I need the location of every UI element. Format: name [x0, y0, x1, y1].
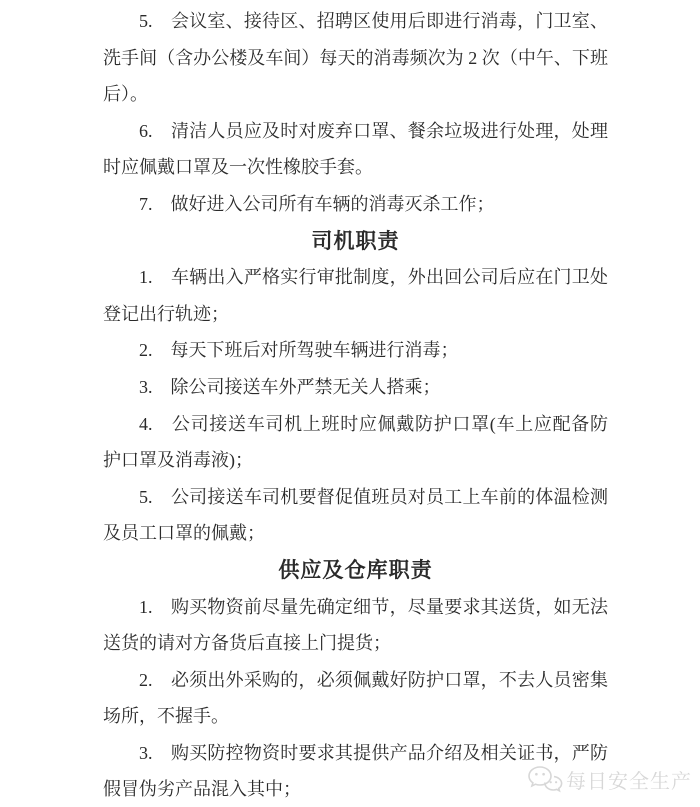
watermark: 每日安全生产 — [527, 764, 692, 794]
paragraph-item-1: 1. 车辆出入严格实行审批制度，外出回公司后应在门卫处登记出行轨迹； — [103, 259, 608, 332]
watermark-label: 每日安全生产 — [566, 765, 692, 794]
paragraph-item-2: 2. 必须出外采购的，必须佩戴好防护口罩，不去人员密集场所，不握手。 — [103, 662, 608, 735]
section-disinfection-duties: 5. 会议室、接待区、招聘区使用后即进行消毒，门卫室、洗手间（含办公楼及车间）每… — [103, 3, 608, 223]
section-driver-duties: 司机职责 1. 车辆出入严格实行审批制度，外出回公司后应在门卫处登记出行轨迹； … — [103, 223, 608, 552]
paragraph-item-4: 4. 公司接送车司机上班时应佩戴防护口罩(车上应配备防护口罩及消毒液)； — [103, 406, 608, 479]
section-heading-supply-warehouse: 供应及仓库职责 — [103, 552, 608, 589]
document-page: 5. 会议室、接待区、招聘区使用后即进行消毒，门卫室、洗手间（含办公楼及车间）每… — [103, 3, 608, 807]
paragraph-item-1: 1. 购买物资前尽量先确定细节，尽量要求其送货，如无法送货的请对方备货后直接上门… — [103, 589, 608, 662]
paragraph-item-5: 5. 会议室、接待区、招聘区使用后即进行消毒，门卫室、洗手间（含办公楼及车间）每… — [103, 3, 608, 113]
paragraph-item-2: 2. 每天下班后对所驾驶车辆进行消毒； — [103, 332, 608, 369]
paragraph-item-5: 5. 公司接送车司机要督促值班员对员工上车前的体温检测及员工口罩的佩戴； — [103, 479, 608, 552]
paragraph-item-7: 7. 做好进入公司所有车辆的消毒灭杀工作； — [103, 186, 608, 223]
wechat-icon — [527, 764, 563, 794]
section-heading-driver: 司机职责 — [103, 223, 608, 260]
paragraph-item-3: 3. 除公司接送车外严禁无关人搭乘； — [103, 369, 608, 406]
paragraph-item-6: 6. 清洁人员应及时对废弃口罩、餐余垃圾进行处理，处理时应佩戴口罩及一次性橡胶手… — [103, 113, 608, 186]
